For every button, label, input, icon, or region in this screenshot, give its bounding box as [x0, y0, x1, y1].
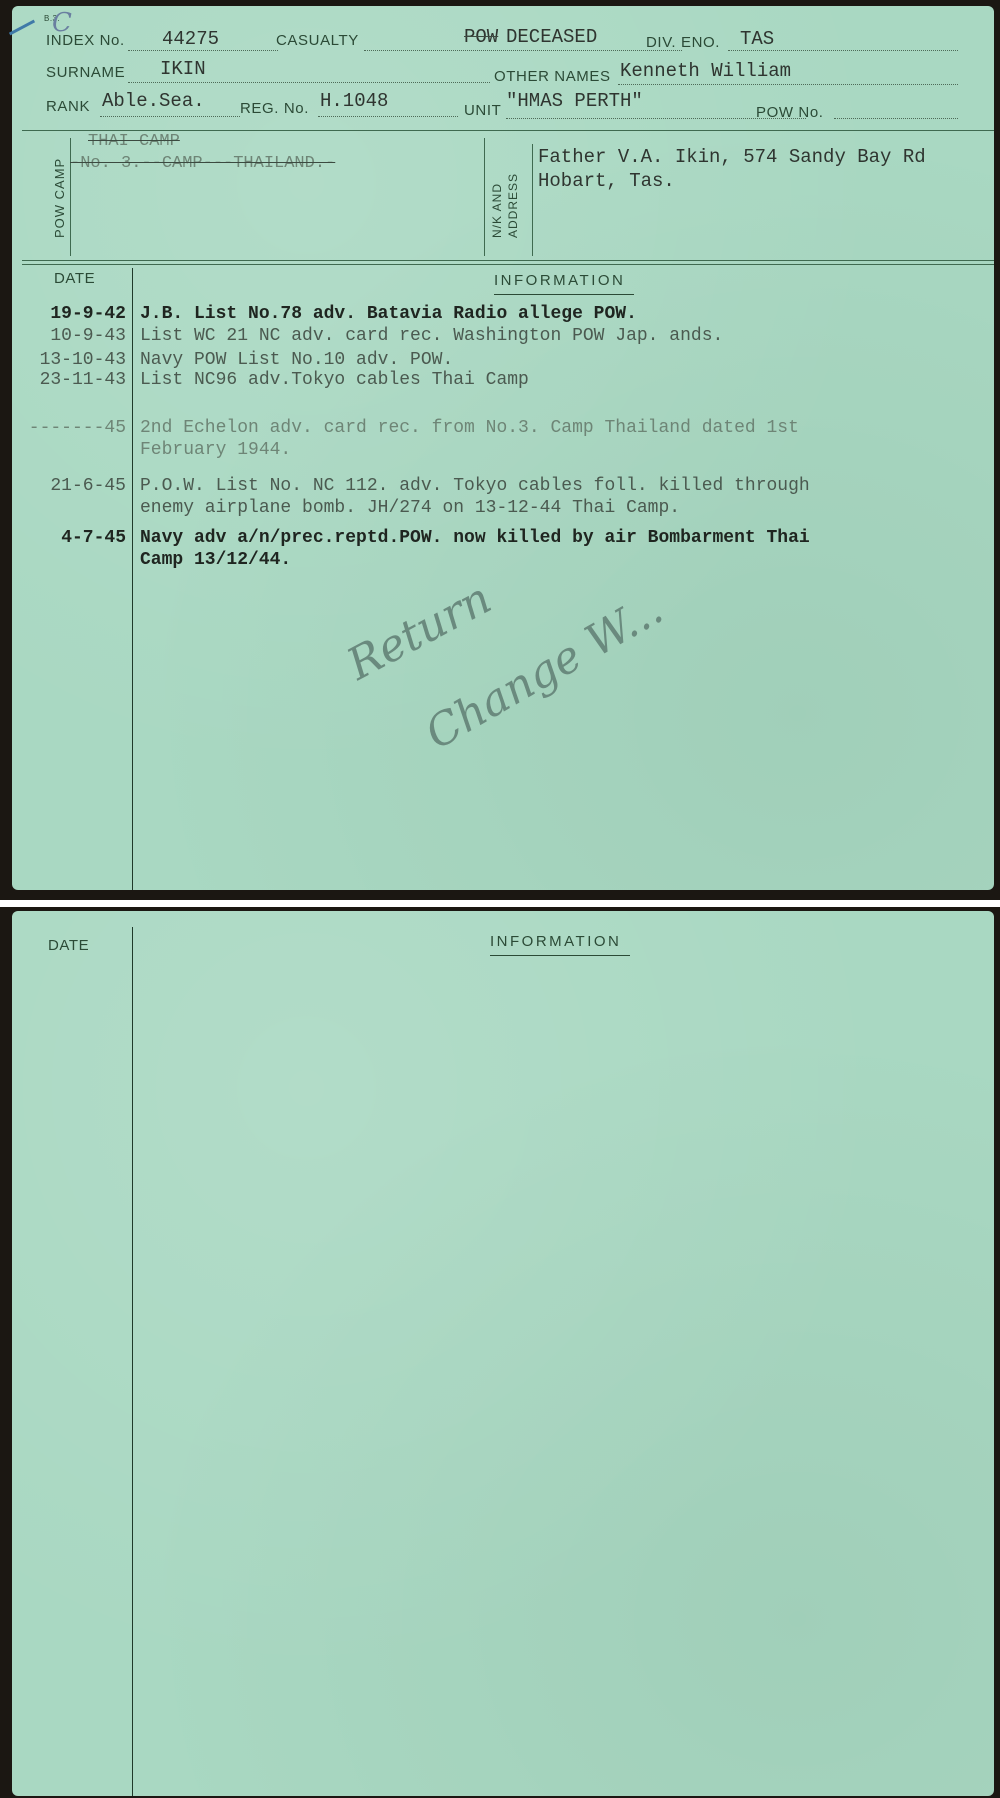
row-information-line: Navy adv a/n/prec.reptd.POW. now killed …	[140, 528, 810, 548]
information-underline	[494, 294, 634, 295]
row-information-line: List WC 21 NC adv. card rec. Washington …	[140, 326, 723, 346]
handwriting-line-1: Return	[339, 573, 499, 691]
row-information-line: P.O.W. List No. NC 112. adv. Tokyo cable…	[140, 476, 810, 496]
surname-dots	[128, 82, 490, 83]
row-information-line: February 1944.	[140, 440, 291, 460]
rank-dots	[100, 116, 240, 117]
div-eno-dots	[728, 50, 958, 51]
information-column-header: INFORMATION	[494, 272, 625, 289]
reg-no-label: REG. No.	[240, 100, 309, 117]
row-date: -------45	[20, 418, 126, 438]
casualty-value: DECEASED	[506, 26, 597, 48]
back-information-underline	[490, 955, 630, 956]
row-information-line: enemy airplane bomb. JH/274 on 13-12-44 …	[140, 498, 680, 518]
header-divider	[22, 130, 994, 131]
other-names-value: Kenneth William	[620, 60, 791, 82]
rank-value: Able.Sea.	[102, 90, 205, 112]
surname-value: IKIN	[160, 58, 206, 80]
surname-label: SURNAME	[46, 64, 125, 81]
card-front-scan: B.3. C INDEX No. 44275 CASUALTY POW DECE…	[0, 0, 1000, 900]
casualty-label: CASUALTY	[276, 32, 359, 49]
record-card-front: B.3. C INDEX No. 44275 CASUALTY POW DECE…	[12, 6, 994, 890]
back-date-column-divider	[132, 927, 133, 1796]
row-date: 13-10-43	[20, 350, 126, 370]
pow-camp-struck-line-1: THAI CAMP	[88, 132, 180, 151]
blue-tick-mark	[9, 20, 35, 36]
row-information-line: Camp 13/12/44.	[140, 550, 291, 570]
record-card-back: DATE INFORMATION	[12, 911, 994, 1796]
div-eno-value: TAS	[740, 28, 774, 50]
casualty-dots	[364, 50, 682, 51]
rank-label: RANK	[46, 98, 90, 115]
row-information-line: J.B. List No.78 adv. Batavia Radio alleg…	[140, 304, 637, 324]
row-information-line: List NC96 adv.Tokyo cables Thai Camp	[140, 370, 529, 390]
pow-no-dots	[834, 118, 958, 119]
row-date: 4-7-45	[20, 528, 126, 548]
nok-label-line-2: ADDRESS	[506, 173, 520, 238]
row-date: 23-11-43	[20, 370, 126, 390]
casualty-struck-value: POW	[464, 26, 498, 48]
card-back-scan: DATE INFORMATION	[0, 907, 1000, 1798]
section-divider-2	[22, 264, 994, 265]
other-names-label: OTHER NAMES	[494, 68, 611, 85]
nok-address-line-2: Hobart, Tas.	[538, 170, 675, 192]
reg-no-dots	[318, 116, 458, 117]
section-divider-1	[22, 260, 994, 261]
other-names-dots	[618, 84, 958, 85]
reg-no-value: H.1048	[320, 90, 388, 112]
index-no-dots	[128, 50, 278, 51]
nok-left-divider	[484, 138, 485, 256]
pow-camp-label: POW CAMP	[52, 158, 67, 238]
date-column-header: DATE	[54, 270, 95, 287]
row-information-line: 2nd Echelon adv. card rec. from No.3. Ca…	[140, 418, 799, 438]
div-eno-label: DIV. ENO.	[646, 34, 720, 51]
date-column-divider	[132, 268, 133, 890]
nok-text-divider	[532, 144, 533, 256]
unit-label: UNIT	[464, 102, 501, 119]
index-no-label: INDEX No.	[46, 32, 125, 49]
row-date: 10-9-43	[20, 326, 126, 346]
index-no-value: 44275	[162, 28, 219, 50]
back-date-column-header: DATE	[48, 937, 89, 954]
unit-value: "HMAS PERTH"	[506, 90, 643, 112]
pow-no-label: POW No.	[756, 104, 824, 121]
nok-label-line-1: N/K AND	[490, 183, 504, 238]
back-information-column-header: INFORMATION	[490, 933, 621, 950]
pow-camp-struck-line-2: -No. 3.--CAMP---THAILAND.-	[70, 154, 335, 173]
row-date: 19-9-42	[20, 304, 126, 324]
row-information-line: Navy POW List No.10 adv. POW.	[140, 350, 453, 370]
nok-address-line-1: Father V.A. Ikin, 574 Sandy Bay Rd	[538, 146, 926, 168]
row-date: 21-6-45	[20, 476, 126, 496]
